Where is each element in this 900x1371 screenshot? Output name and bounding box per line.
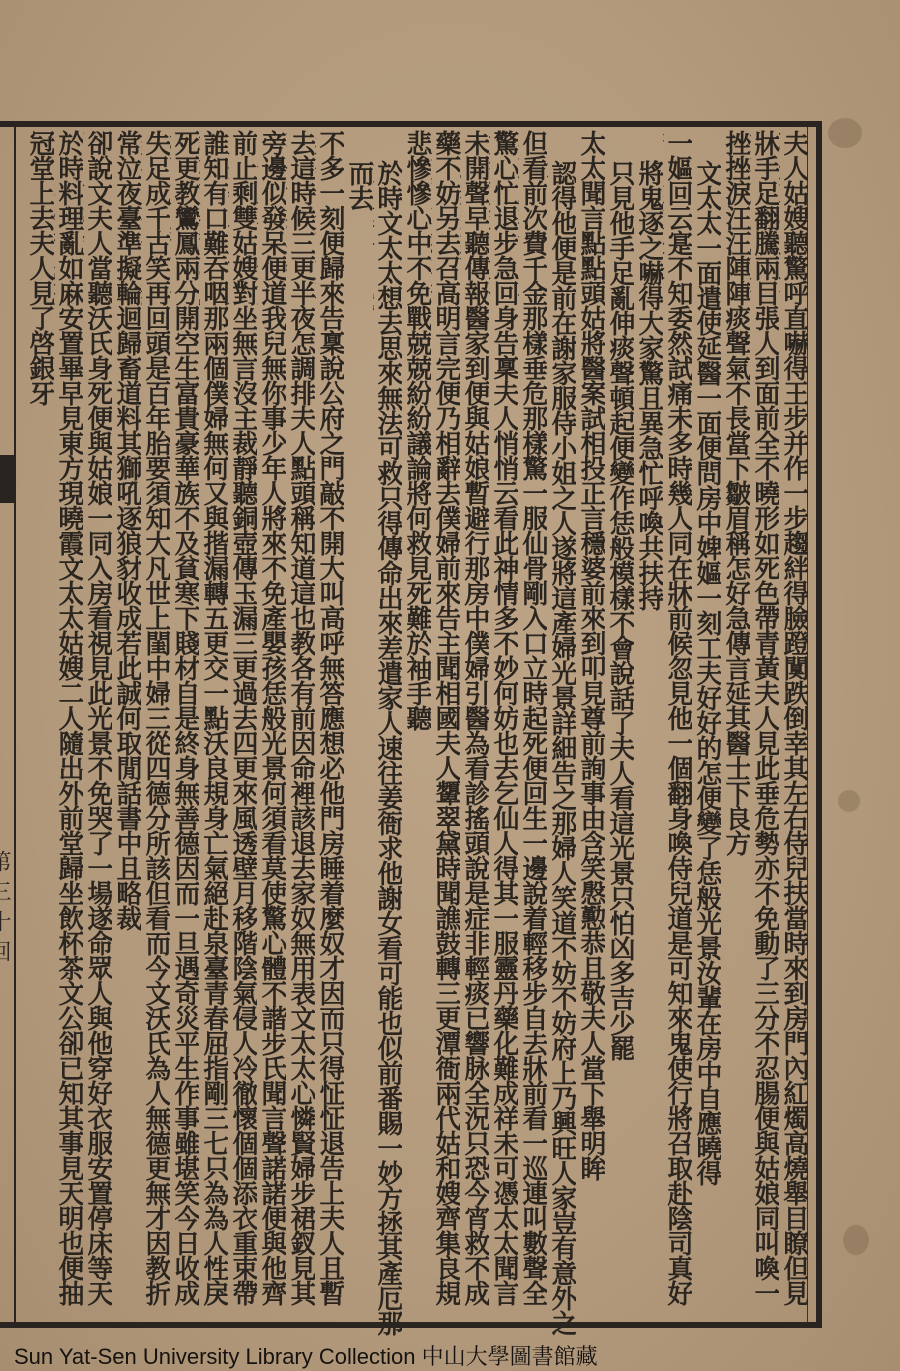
text-column: 失足成千古笑再回頭是百年胎要須知大凡世上閨中婦三從四德分所該但看而今文沃氏為人無… [141,130,170,1315]
text-column: 悲慘慘心中不免戰兢兢紛紛議論將何救見死難於袖手聽 [402,130,431,1315]
scanned-book-page: 第三十回 夫人姑嫂聽驚呼直嚇得王步并作一步趨絆得臉蹬闃跌倒幸其左右侍兒扶當時來到… [0,0,900,1371]
text-column: 未開聲早聽傳報醫家到便與姑娘暫避行那房中僕婦引醫為看診搖頭說是症非輕痰已響脉全況… [460,130,489,1315]
text-column: 但看前次費千金那樣垂危那樣驚一服仙骨剛入口立時起死便回生一邊說着輕移步自去牀前看… [518,130,547,1315]
spine-black-block [0,455,14,503]
chapter-label: 第三十回 [0,850,14,970]
text-column: 一嫗回云寔不知委然試痛未多時幾人同在牀前候忽見他一個翻身喚侍兒道是可知來鬼使行將… [663,130,692,1315]
paper-damage-spot [828,118,862,148]
paper-damage-spot [838,790,860,812]
text-column: 於時文太太想去思來無法可救只得傳命出來差遣家人速往姜衙求他謝女看可能也似前番賜一… [373,130,402,1345]
text-column: 文太太一面遣使延醫一面便問房中婢嫗一刻工夫好好的怎便變了恁般光景汝輩在房中自應曉… [692,130,721,1345]
text-column: 誰知有口難吞咽那兩個僕婦無何又與揩漏轉五更交一點沃良規身亡氣絕赴泉臺青春屈指剛三… [199,130,228,1315]
text-column: 驚心忙退步急回身告稟夫人悄悄云看此神情多不妙何妨也去乞仙人得其一服靈丹藥化難成祥… [489,130,518,1315]
library-collection-caption: Sun Yat-Sen University Library Collectio… [14,1340,598,1371]
text-column: 卻說文夫人當聽沃氏身死便與姑娘一同入房看視見此光景不免哭了一場遂命眾人與他穿好衣… [83,130,112,1315]
text-column: 旁邊似發呆便道我兒無你事少年人將來不免產嬰孩恁般光景何須看莫使驚心體不諧步氏聞言… [257,130,286,1315]
text-column: 太太聞言點點頭姑將醫案試相投正言穩婆前來到叩見尊前詢事由含笑慇懃恭且敬夫人當下舉… [576,130,605,1315]
text-column: 夫人姑嫂聽驚呼直嚇得王步并作一步趨絆得臉蹬闃跌倒幸其左右侍兒扶當時來到房門內紅燭… [779,130,808,1315]
text-column: 牀手足翻騰兩目張人到面前全不曉形如死色帶青黃夫人見此垂危勢亦不免動了三分不忍腸便… [750,130,779,1315]
text-column: 前止剩雙姑嫂對坐無言沒主裁靜聽銅壺傳玉漏三更過去四更來風透壁月移階陰氣侵人冷徹懷… [228,130,257,1315]
text-column: 只見他手足亂伸痰聲頓起便變作恁般模樣不會說話了夫人看這光景只怕凶多吉少罷 [605,130,634,1345]
text-column: 挫挫淚汪汪陣陣痰聲氣不長當下皺眉稱怎好急傳言延其醫士下良方 [721,130,750,1315]
paper-damage-spot [843,1225,869,1255]
text-column: 去這時候三更半夜怎調排夫人點頭稱知道這也教各有前因命裡該退去家奴無用表文太太心憐… [286,130,315,1315]
text-column: 將鬼逐之嚇得大家驚且異急忙呼喚共扶持 [634,130,663,1345]
text-column: 不多一刻便歸來告稟說公府之門敲不開大叫高呼無答應想必他門房睡着麼奴才因而只得怔怔… [315,130,344,1315]
text-column: 常泣夜臺準擬輪迴歸畜道料其獅吼逐狼豺收成若此誠何取閒話書中且略裁 [112,130,141,1315]
book-spine-margin [0,127,16,1322]
text-column: 死更教鸞鳳兩分開空生富貴豪華族不及貧寒下賤材自是終身無善德因而一旦遇奇災平生作事… [170,130,199,1315]
vertical-text-columns: 夫人姑嫂聽驚呼直嚇得王步并作一步趨絆得臉蹬闃跌倒幸其左右侍兒扶當時來到房門內紅燭… [22,130,808,1315]
text-column: 認得他便是前在謝家服侍小姐之人遂將這產婦光景詳細告之那婦人笑道不妨不妨府上乃興旺… [547,130,576,1345]
text-column: 冠堂上去夫人見了啓銀牙 [25,130,54,1315]
text-column: 藥不妨另去召高明言完便乃相辭去僕婦前來告主聞相國夫人顰翠黛時聞譙鼓轉三更潭衙兩代… [431,130,460,1315]
text-column: 於時料理亂如麻安置畢早見東方現曉霞文太太姑嫂二人隨出外前堂歸坐飲杯茶文公卻已知其… [54,130,83,1315]
text-column: 而去 [344,130,373,1345]
